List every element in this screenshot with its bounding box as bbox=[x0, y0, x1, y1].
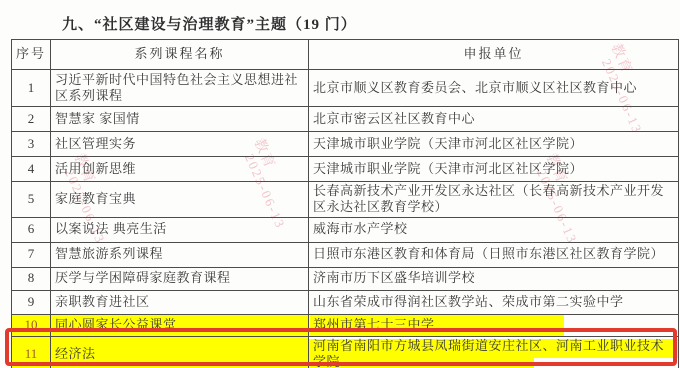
table-row: 1习近平新时代中国特色社会主义思想进社区系列课程北京市顺义区教育委员会、北京市顺… bbox=[12, 70, 679, 107]
row-number-cell: 6 bbox=[12, 217, 51, 242]
row-number-cell: 3 bbox=[12, 132, 51, 157]
applicant-unit-cell: 山东省荣成市得润社区教学站、荣成市第二实验中学 bbox=[309, 290, 679, 314]
applicant-unit-cell: 北京市密云区社区教育中心 bbox=[309, 107, 679, 132]
row-number-cell: 2 bbox=[12, 107, 51, 132]
row-number-cell: 5 bbox=[12, 182, 51, 218]
table-row: 2智慧家 家国情北京市密云区社区教育中心 bbox=[12, 107, 679, 132]
table-row: 3社区管理实务天津城市职业学院（天津市河北区社区学院） bbox=[12, 132, 679, 157]
course-name-cell: 智慧旅游系列课程 bbox=[51, 242, 309, 267]
table-row: 9亲职教育进社区山东省荣成市得润社区教学站、荣成市第二实验中学 bbox=[12, 290, 679, 314]
header-course-name: 系列课程名称 bbox=[51, 40, 309, 70]
course-name-cell: 活用创新思维 bbox=[51, 157, 309, 182]
table-row: 4活用创新思维天津城市职业学院（天津市河北区社区学院） bbox=[12, 157, 679, 182]
applicant-unit-cell: 北京市顺义区教育委员会、北京市顺义区社区教育中心 bbox=[309, 70, 679, 107]
table-row: 7智慧旅游系列课程日照市东港区教育和体育局（日照市东港区社区教育学院） bbox=[12, 242, 679, 267]
table-row: 6以案说法 典亮生活威海市水产学校 bbox=[12, 217, 679, 242]
course-name-cell: 社区管理实务 bbox=[51, 132, 309, 157]
applicant-unit-cell: 威海市水产学校 bbox=[309, 217, 679, 242]
applicant-unit-cell: 天津城市职业学院（天津市河北区社区学院） bbox=[309, 132, 679, 157]
course-table-body: 1习近平新时代中国特色社会主义思想进社区系列课程北京市顺义区教育委员会、北京市顺… bbox=[12, 70, 679, 368]
course-name-cell: 厌学与学困障碍家庭教育课程 bbox=[51, 267, 309, 290]
applicant-unit-cell: 郑州市第七十三中学 bbox=[309, 314, 679, 336]
table-row: 11经济法河南省南阳市方城县凤瑞街道安庄社区、河南工业职业技术学院 bbox=[12, 336, 679, 368]
applicant-unit-cell: 天津城市职业学院（天津市河北区社区学院） bbox=[309, 157, 679, 182]
row-number-cell: 11 bbox=[12, 336, 51, 368]
course-name-cell: 习近平新时代中国特色社会主义思想进社区系列课程 bbox=[51, 70, 309, 107]
applicant-unit-cell: 济南市历下区盛华培训学校 bbox=[309, 267, 679, 290]
course-name-cell: 同心圆家长公益课堂 bbox=[51, 314, 309, 336]
row-number-cell: 1 bbox=[12, 70, 51, 107]
applicant-unit-cell: 日照市东港区教育和体育局（日照市东港区社区教育学院） bbox=[309, 242, 679, 267]
row-number-cell: 8 bbox=[12, 267, 51, 290]
course-name-cell: 经济法 bbox=[51, 336, 309, 368]
course-name-cell: 智慧家 家国情 bbox=[51, 107, 309, 132]
course-name-cell: 亲职教育进社区 bbox=[51, 290, 309, 314]
scanned-document-page: 教育 2025-06-13 教育 2025-06-13 教育 2025-06-1… bbox=[0, 0, 680, 368]
header-no: 序号 bbox=[12, 40, 51, 70]
row-number-cell: 4 bbox=[12, 157, 51, 182]
table-row: 8厌学与学困障碍家庭教育课程济南市历下区盛华培训学校 bbox=[12, 267, 679, 290]
table-row: 5家庭教育宝典长春高新技术产业开发区永达社区（长春高新技术产业开发区永达社区教育… bbox=[12, 182, 679, 218]
row-number-cell: 10 bbox=[12, 314, 51, 336]
row-number-cell: 9 bbox=[12, 290, 51, 314]
course-table: 序号 系列课程名称 申报单位 1习近平新时代中国特色社会主义思想进社区系列课程北… bbox=[11, 39, 679, 368]
table-header-row: 序号 系列课程名称 申报单位 bbox=[12, 40, 679, 70]
applicant-unit-cell: 长春高新技术产业开发区永达社区（长春高新技术产业开发区永达社区教育学校） bbox=[309, 182, 679, 218]
course-name-cell: 以案说法 典亮生活 bbox=[51, 217, 309, 242]
table-row: 10同心圆家长公益课堂郑州市第七十三中学 bbox=[12, 314, 679, 336]
header-applicant-unit: 申报单位 bbox=[309, 40, 679, 70]
course-name-cell: 家庭教育宝典 bbox=[51, 182, 309, 218]
page-title: 九、“社区建设与治理教育”主题（19 门） bbox=[62, 13, 357, 34]
row-number-cell: 7 bbox=[12, 242, 51, 267]
applicant-unit-cell: 河南省南阳市方城县凤瑞街道安庄社区、河南工业职业技术学院 bbox=[309, 336, 679, 368]
